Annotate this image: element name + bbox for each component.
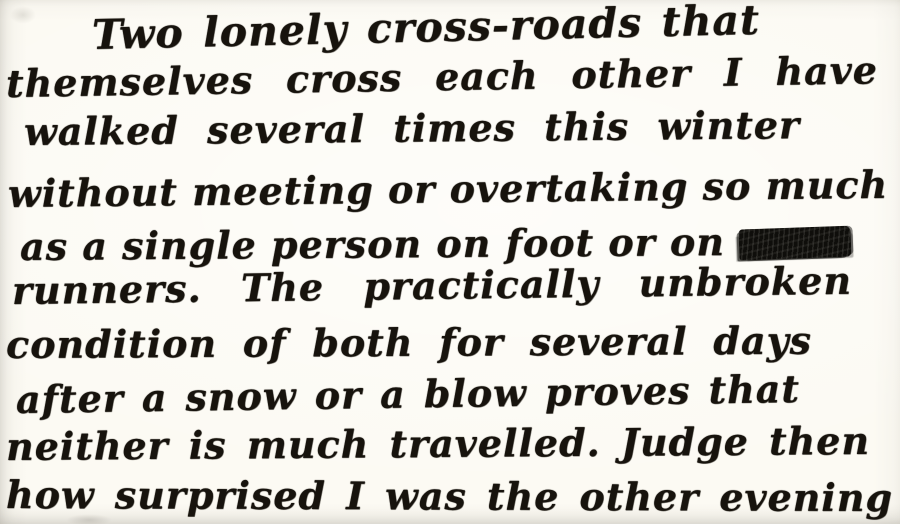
manuscript-line-4-text: without meeting or overtaking so much (8, 162, 889, 216)
manuscript-line-8: after a snow or a blow proves that (16, 366, 801, 423)
manuscript-line-3-text: walked several times this winter (24, 102, 800, 154)
manuscript-line-1: Two lonely cross-roads that (91, 0, 760, 58)
manuscript-page: Two lonely cross-roads that themselves c… (0, 0, 900, 524)
manuscript-line-7-text: condition of both for several days (6, 318, 812, 367)
redacted-word-scribble (739, 226, 852, 261)
manuscript-line-10: how surprised I was the other evening (6, 472, 893, 521)
manuscript-line-6: runners. The practically unbroken (12, 258, 852, 314)
manuscript-line-8-text: after a snow or a blow proves that (16, 366, 801, 422)
manuscript-line-7: condition of both for several days (6, 318, 812, 368)
manuscript-line-6-text: runners. The practically unbroken (12, 258, 852, 313)
manuscript-line-9-text: neither is much travelled. Judge then (6, 418, 870, 469)
ink-smudge-top-left (10, 6, 36, 24)
ink-smudge-bottom-edge (66, 514, 112, 524)
manuscript-line-3: walked several times this winter (24, 102, 800, 155)
manuscript-line-9: neither is much travelled. Judge then (6, 418, 870, 470)
manuscript-line-10-text: how surprised I was the other evening (6, 472, 893, 520)
manuscript-line-4: without meeting or overtaking so much (8, 162, 882, 217)
